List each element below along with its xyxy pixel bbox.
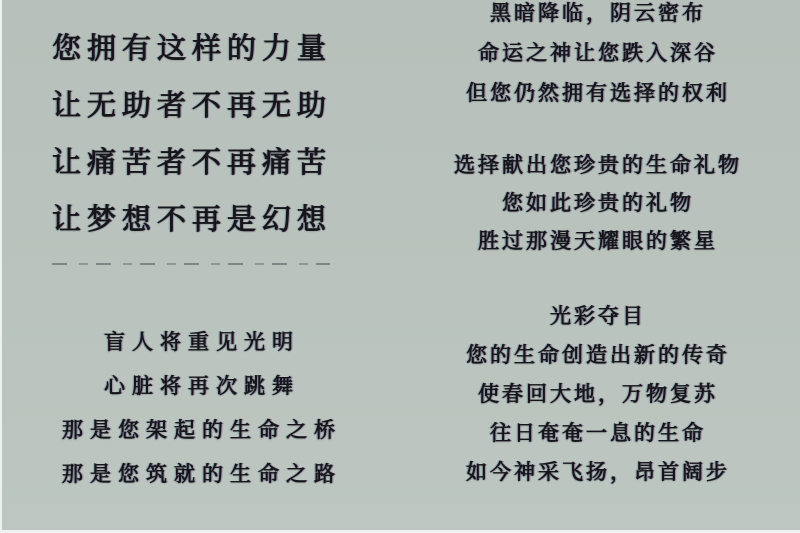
poem-line: 但您仍然拥有选择的权利 bbox=[400, 74, 796, 114]
poem-line: 胜过那漫天耀眼的繁星 bbox=[400, 223, 796, 261]
slide-frame: 您拥有这样的力量 让无助者不再无助 让痛苦者不再痛苦 让梦想不再是幻想 盲人将重… bbox=[0, 0, 800, 533]
poem-line: 命运之神让您跌入深谷 bbox=[400, 34, 796, 74]
poem-line: 让痛苦者不再痛苦 bbox=[2, 135, 382, 192]
cropped-text-remnant bbox=[52, 262, 330, 267]
poem-line: 如今神采飞扬，昂首阔步 bbox=[400, 453, 796, 492]
left-stanza-large: 您拥有这样的力量 让无助者不再无助 让痛苦者不再痛苦 让梦想不再是幻想 bbox=[2, 21, 382, 249]
poem-line: 盲人将重见光明 bbox=[2, 321, 402, 365]
poem-line: 选择献出您珍贵的生命礼物 bbox=[400, 147, 796, 185]
poem-line: 那是您架起的生命之桥 bbox=[2, 409, 402, 453]
poem-line: 您的生命创造出新的传奇 bbox=[400, 336, 796, 375]
poem-line: 使春回大地，万物复苏 bbox=[400, 375, 796, 414]
poem-line: 您拥有这样的力量 bbox=[2, 21, 382, 78]
poem-line: 往日奄奄一息的生命 bbox=[400, 414, 796, 453]
slide-background: 您拥有这样的力量 让无助者不再无助 让痛苦者不再痛苦 让梦想不再是幻想 盲人将重… bbox=[2, 0, 800, 530]
poem-line: 黑暗降临，阴云密布 bbox=[400, 0, 796, 34]
poem-line: 心脏将再次跳舞 bbox=[2, 365, 402, 409]
left-stanza-small: 盲人将重见光明 心脏将再次跳舞 那是您架起的生命之桥 那是您筑就的生命之路 bbox=[2, 321, 402, 497]
right-stanza-3: 光彩夺目 您的生命创造出新的传奇 使春回大地，万物复苏 往日奄奄一息的生命 如今… bbox=[400, 297, 796, 492]
right-stanza-1: 黑暗降临，阴云密布 命运之神让您跌入深谷 但您仍然拥有选择的权利 bbox=[400, 0, 796, 114]
poem-line: 让无助者不再无助 bbox=[2, 78, 382, 135]
right-stanza-2: 选择献出您珍贵的生命礼物 您如此珍贵的礼物 胜过那漫天耀眼的繁星 bbox=[400, 147, 796, 261]
poem-line: 光彩夺目 bbox=[400, 297, 796, 336]
poem-line: 您如此珍贵的礼物 bbox=[400, 185, 796, 223]
poem-line: 让梦想不再是幻想 bbox=[2, 192, 382, 249]
poem-line: 那是您筑就的生命之路 bbox=[2, 453, 402, 497]
